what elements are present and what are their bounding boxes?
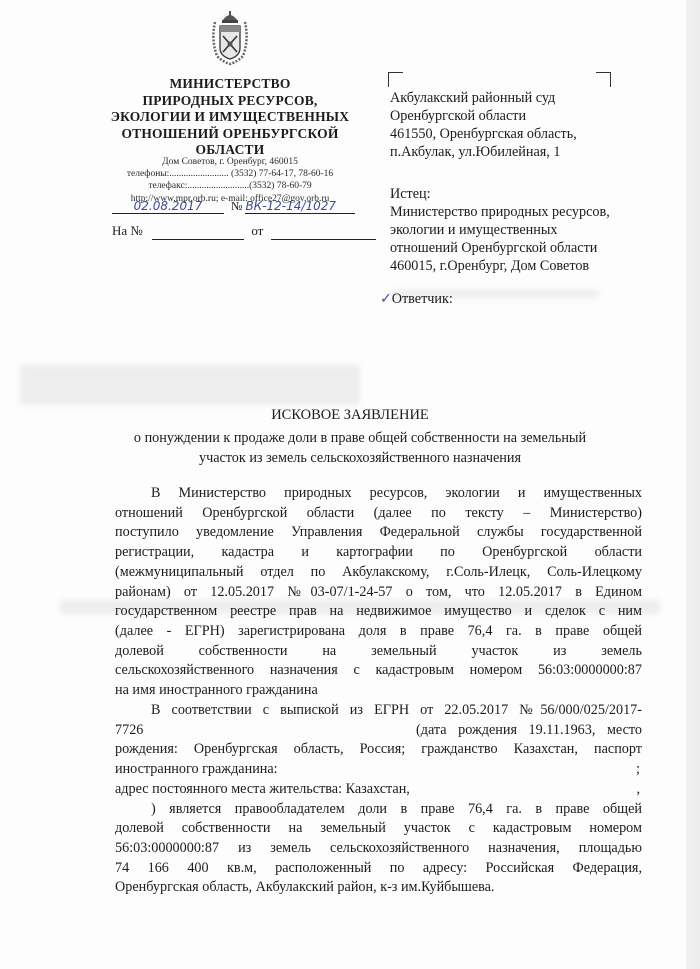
body-line: районам) от 12.05.2017 №03-07/1-24-57 о … bbox=[115, 583, 642, 603]
document-subtitle: о понуждении к продаже доли в праве обще… bbox=[100, 428, 620, 468]
outgoing-number: ВК-12-14/1027 bbox=[245, 199, 355, 214]
ministry-line: ЭКОЛОГИИ И ИМУЩЕСТВЕННЫХ bbox=[100, 109, 360, 126]
scan-smudge bbox=[20, 365, 360, 405]
defendant-label: Ответчик: bbox=[392, 291, 453, 307]
number-label: № bbox=[231, 199, 242, 213]
document-title: ИСКОВОЕ ЗАЯВЛЕНИЕ bbox=[0, 407, 700, 424]
ministry-line: МИНИСТЕРСТВО bbox=[100, 76, 360, 93]
court-line: 461550, Оренбургская область, bbox=[390, 125, 577, 143]
body-line: 56:03:0000000:87 из земель сельскохозяйс… bbox=[115, 839, 642, 859]
plaintiff-line: экологии и имущественных bbox=[390, 221, 610, 239]
subtitle-line: участок из земель сельскохозяйственного … bbox=[100, 448, 620, 468]
reply-to-date-blank bbox=[271, 223, 376, 240]
body-line: отношений Оренбургской области (далее по… bbox=[115, 504, 642, 524]
body-line: регистрации, кадастра и картографии по О… bbox=[115, 543, 642, 563]
outgoing-registration: 02.08.2017 № ВК-12-14/1027 bbox=[112, 199, 355, 214]
reply-to-label: На № bbox=[112, 223, 143, 238]
body-line: государственном реестре прав на недвижим… bbox=[115, 602, 642, 622]
body-line: В Министерство природных ресурсов, эколо… bbox=[115, 484, 642, 504]
body-line: на имя иностранного гражданина bbox=[115, 681, 642, 701]
body-line: 74 166 400 кв.м, расположенный по адресу… bbox=[115, 859, 642, 879]
body-line: ) является правообладателем доли в праве… bbox=[115, 800, 642, 820]
court-line: Акбулакский районный суд bbox=[390, 89, 577, 107]
body-line: долевой собственности на земельный участ… bbox=[115, 642, 642, 662]
residence-end-punct: , bbox=[636, 780, 640, 800]
birth-date-text: (дата рождения 19.11.1963, место bbox=[416, 721, 642, 741]
body-paragraph-1: В Министерство природных ресурсов, эколо… bbox=[115, 484, 642, 701]
plaintiff-line: 460015, г.Оренбург, Дом Советов bbox=[390, 257, 610, 275]
body-line: (далее - ЕГРН) зарегистрирована доля в п… bbox=[115, 622, 642, 642]
address-corner-right bbox=[596, 72, 611, 87]
body-paragraph-2: В соответствии с выпиской из ЕГРН от 22.… bbox=[115, 701, 642, 898]
plaintiff-line: отношений Оренбургской области bbox=[390, 239, 610, 257]
address-corner-left bbox=[388, 72, 403, 87]
court-line: п.Акбулак, ул.Юбилейная, 1 bbox=[390, 143, 577, 161]
court-line: Оренбургской области bbox=[390, 107, 577, 125]
plaintiff-block: Истец: Министерство природных ресурсов, … bbox=[390, 185, 610, 275]
body-line: (межмуниципальный отдел по Акбулакскому,… bbox=[115, 563, 642, 583]
plaintiff-line: Министерство природных ресурсов, bbox=[390, 203, 610, 221]
ministry-name: МИНИСТЕРСТВО ПРИРОДНЫХ РЕСУРСОВ, ЭКОЛОГИ… bbox=[100, 76, 360, 159]
ministry-phones: телефоны:......................... (3532… bbox=[80, 168, 380, 180]
plaintiff-label: Истец: bbox=[390, 185, 610, 203]
document-page: МИНИСТЕРСТВО ПРИРОДНЫХ РЕСУРСОВ, ЭКОЛОГИ… bbox=[0, 0, 700, 969]
passport-label: иностранного гражданина: bbox=[115, 761, 278, 777]
body-line-with-gap: 7726 (дата рождения 19.11.1963, место bbox=[115, 721, 642, 741]
ministry-contacts: Дом Советов, г. Оренбург, 460015 телефон… bbox=[80, 156, 380, 205]
body-line: долевой собственности на земельный участ… bbox=[115, 819, 642, 839]
reply-to-number-blank bbox=[152, 223, 244, 240]
residence-label: адрес постоянного места жительства: Каза… bbox=[115, 781, 410, 797]
ministry-line: ОТНОШЕНИЙ ОРЕНБУРГСКОЙ bbox=[100, 126, 360, 143]
defendant-block: ✓Ответчик: bbox=[380, 290, 453, 308]
body-line: Оренбургская область, Акбулакский район,… bbox=[115, 878, 642, 898]
orenburg-coat-of-arms-icon bbox=[207, 10, 253, 66]
body-line: рождения: Оренбургская область, Россия; … bbox=[115, 740, 642, 760]
passport-end-punct: ; bbox=[636, 760, 640, 780]
body-line: поступило уведомление Управления Федерал… bbox=[115, 523, 642, 543]
from-label: от bbox=[251, 223, 263, 238]
check-mark-icon: ✓ bbox=[380, 291, 392, 307]
residence-line: адрес постоянного места жительства: Каза… bbox=[115, 780, 642, 800]
ministry-address: Дом Советов, г. Оренбург, 460015 bbox=[80, 156, 380, 168]
scan-edge bbox=[686, 0, 700, 969]
body-line: В соответствии с выпиской из ЕГРН от 22.… bbox=[115, 701, 642, 721]
ministry-fax: телефакс:..........................(3532… bbox=[80, 180, 380, 192]
passport-line: иностранного гражданина: ; bbox=[115, 760, 642, 780]
outgoing-date: 02.08.2017 bbox=[112, 199, 224, 214]
court-address: Акбулакский районный суд Оренбургской об… bbox=[390, 89, 577, 161]
ministry-line: ПРИРОДНЫХ РЕСУРСОВ, bbox=[100, 93, 360, 110]
reply-to-line: На № от bbox=[112, 223, 376, 240]
extract-number-tail: 7726 bbox=[115, 722, 143, 738]
body-line: сельскохозяйственного назначения с кадас… bbox=[115, 661, 642, 681]
subtitle-line: о понуждении к продаже доли в праве обще… bbox=[100, 428, 620, 448]
